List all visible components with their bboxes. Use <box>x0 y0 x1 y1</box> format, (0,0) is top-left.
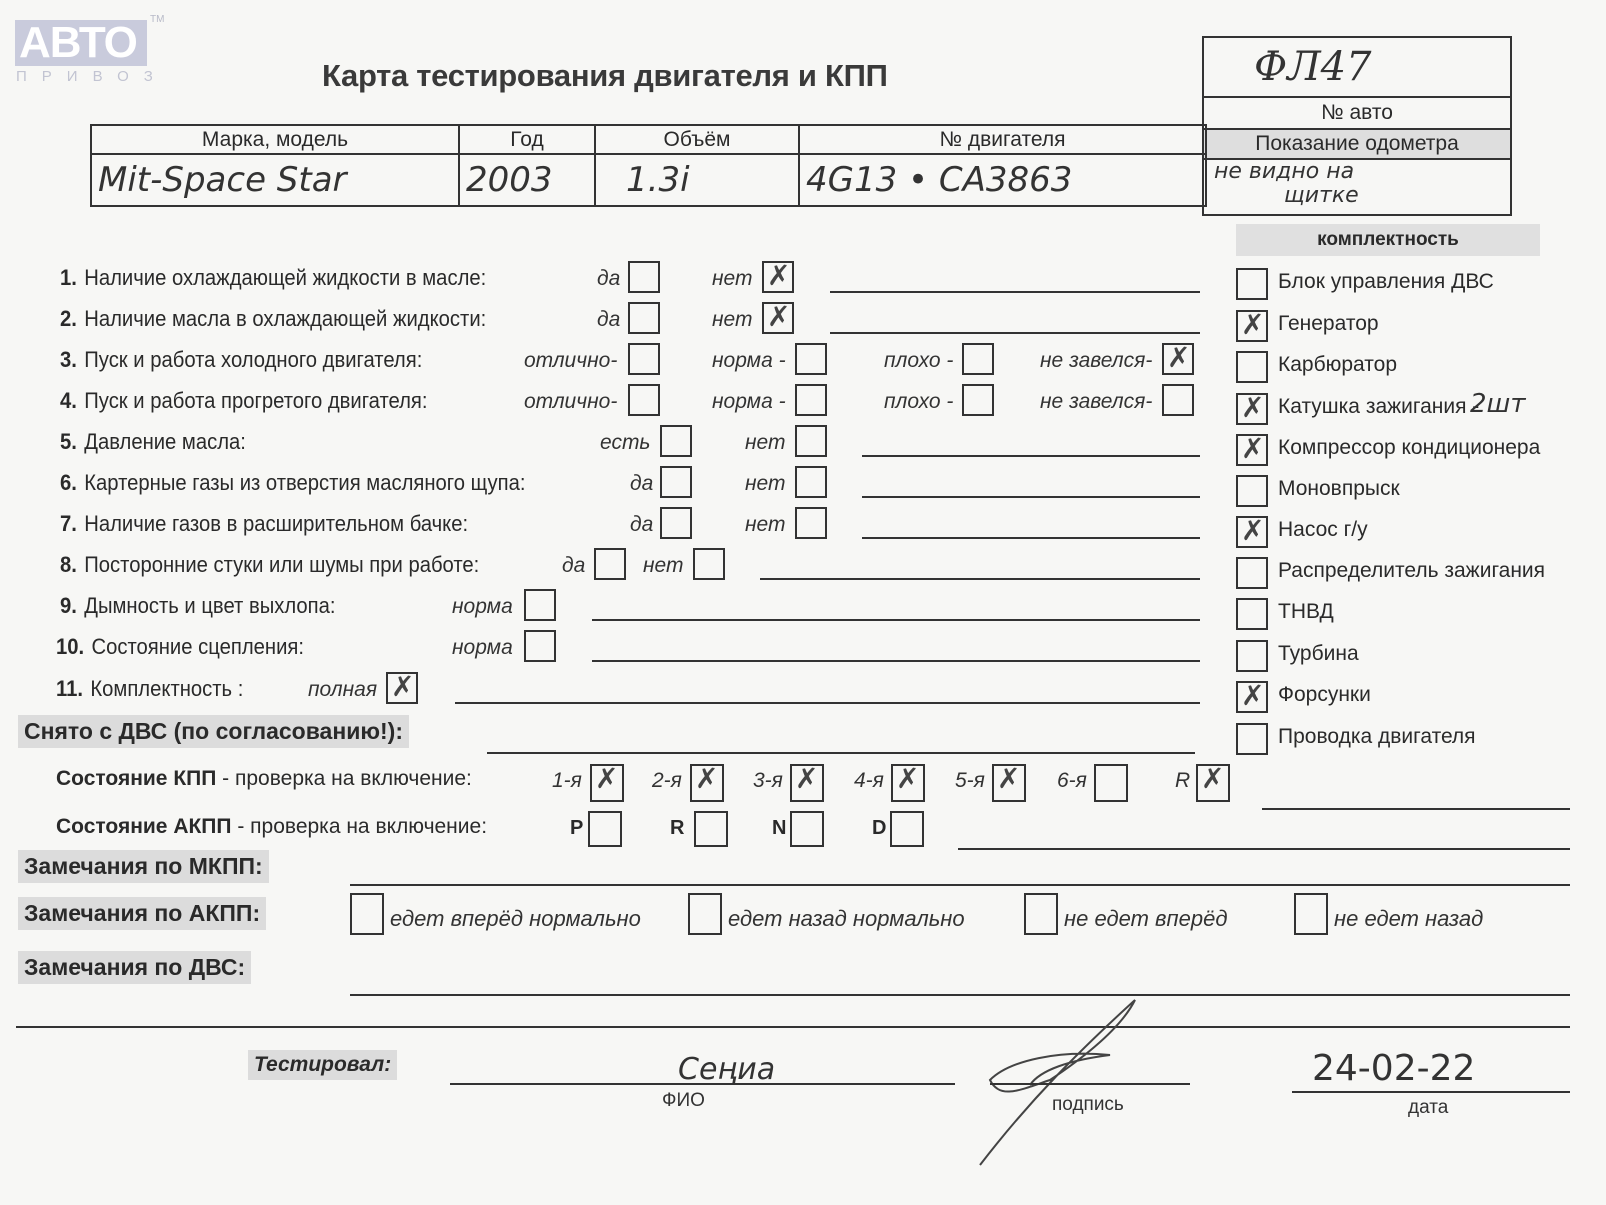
odometer-value-line2: щитке <box>1214 184 1510 208</box>
option-label: да <box>597 267 620 291</box>
gear-label: 2-я <box>652 769 682 793</box>
option-label: норма <box>452 636 513 660</box>
option-label: полная <box>308 678 377 702</box>
option-checkbox[interactable] <box>660 507 692 539</box>
akpp-remark-label: едет вперёд нормально <box>390 906 641 932</box>
option-checkbox[interactable] <box>762 261 794 293</box>
question-text: Комплектность : <box>90 676 243 701</box>
akpp-mode-checkbox[interactable] <box>694 811 728 847</box>
question-notes-line[interactable] <box>592 619 1200 621</box>
kpp-label-rest: - проверка на включение: <box>216 767 472 790</box>
kpp-label: Состояние КПП - проверка на включение: <box>56 767 472 791</box>
option-label: нет <box>712 308 753 332</box>
akpp-remark-label: едет назад нормально <box>728 906 965 932</box>
option-label: не завелся- <box>1040 349 1152 373</box>
option-checkbox[interactable] <box>524 589 556 621</box>
question-notes-line[interactable] <box>862 455 1200 457</box>
option-label: да <box>597 308 620 332</box>
odometer-value[interactable]: не видно на щитке <box>1204 160 1510 214</box>
gear-checkbox[interactable] <box>1196 764 1230 802</box>
question-number: 5. <box>60 429 77 454</box>
question: 4.Пуск и работа прогретого двигателя: <box>60 388 428 414</box>
akpp-remark-label: не едет вперёд <box>1064 906 1228 932</box>
question-text: Дымность и цвет выхлопа: <box>84 593 335 618</box>
completeness-item-label: Моновпрыск <box>1278 477 1400 501</box>
question-notes-line[interactable] <box>862 496 1200 498</box>
completeness-checkbox[interactable] <box>1236 434 1268 466</box>
auto-number-label: № авто <box>1204 98 1510 130</box>
option-label: нет <box>745 513 786 537</box>
gear-checkbox[interactable] <box>690 764 724 802</box>
option-label: плохо - <box>884 349 953 373</box>
question-text: Пуск и работа холодного двигателя: <box>84 347 422 372</box>
question-notes-line[interactable] <box>830 332 1200 334</box>
gear-checkbox[interactable] <box>891 764 925 802</box>
option-label: норма - <box>712 390 786 414</box>
gear-checkbox[interactable] <box>590 764 624 802</box>
option-label: да <box>562 554 585 578</box>
gear-checkbox[interactable] <box>790 764 824 802</box>
akpp-mode-label: P <box>570 817 583 840</box>
option-checkbox[interactable] <box>660 425 692 457</box>
completeness-item-label: Проводка двигателя <box>1278 725 1476 749</box>
akpp-notes-line[interactable] <box>958 848 1570 850</box>
vehicle-info-table: Марка, модель Год Объём № двигателя Mit-… <box>90 124 1207 207</box>
option-checkbox[interactable] <box>795 425 827 457</box>
odometer-label: Показание одометра <box>1204 130 1510 160</box>
option-label: нет <box>712 267 753 291</box>
akpp-mode-label: D <box>872 817 886 840</box>
dvs-remarks-label: Замечания по ДВС: <box>18 951 251 984</box>
gear-label: 4-я <box>854 769 884 793</box>
completeness-item-label: Турбина <box>1278 642 1359 666</box>
date-caption: дата <box>1408 1097 1448 1119</box>
mkpp-remarks-label: Замечания по МКПП: <box>18 850 269 883</box>
question: 2.Наличие масла в охлаждающей жидкости: <box>60 306 486 332</box>
option-checkbox[interactable] <box>594 548 626 580</box>
question-notes-line[interactable] <box>592 660 1200 662</box>
extra-remarks-line[interactable] <box>16 1026 1570 1028</box>
name-caption: ФИО <box>662 1090 705 1112</box>
completeness-checkbox[interactable] <box>1236 351 1268 383</box>
option-checkbox[interactable] <box>762 302 794 334</box>
option-label: нет <box>745 431 786 455</box>
option-checkbox[interactable] <box>1162 384 1194 416</box>
question-notes-line[interactable] <box>760 578 1200 580</box>
option-checkbox[interactable] <box>628 302 660 334</box>
completeness-item-label: Распределитель зажигания <box>1278 559 1545 583</box>
option-checkbox[interactable] <box>628 261 660 293</box>
option-label: есть <box>600 431 650 455</box>
completeness-item-label: Карбюратор <box>1278 353 1397 377</box>
question-text: Пуск и работа прогретого двигателя: <box>84 388 427 413</box>
dvs-remarks-line[interactable] <box>350 994 1570 996</box>
completeness-checkbox[interactable] <box>1236 310 1268 342</box>
question-number: 6. <box>60 470 77 495</box>
question: 5.Давление масла: <box>60 429 246 455</box>
completeness-checkbox[interactable] <box>1236 516 1268 548</box>
question: 7.Наличие газов в расширительном бачке: <box>60 511 468 537</box>
completeness-item-label: Блок управления ДВС <box>1278 270 1494 294</box>
model-value[interactable]: Mit-Space Star <box>91 154 459 206</box>
option-checkbox[interactable] <box>962 384 994 416</box>
option-checkbox[interactable] <box>660 466 692 498</box>
option-label: не завелся- <box>1040 390 1152 414</box>
question-text: Наличие охлаждающей жидкости в масле: <box>84 265 486 290</box>
removed-line[interactable] <box>487 752 1195 754</box>
question-number: 9. <box>60 593 77 618</box>
question-text: Состояние сцепления: <box>92 634 304 659</box>
completeness-item-label: Генератор <box>1278 312 1379 336</box>
completeness-item-label: Катушка зажигания - <box>1278 395 1479 419</box>
question-notes-line[interactable] <box>455 702 1200 704</box>
akpp-remark-checkbox[interactable] <box>1024 893 1058 935</box>
logo-subtitle: ПРИВОЗ <box>16 68 168 85</box>
gear-checkbox[interactable] <box>1094 764 1128 802</box>
question-text: Картерные газы из отверстия масляного щу… <box>84 470 525 495</box>
logo-trademark: TM <box>150 14 164 25</box>
removed-label: Снято с ДВС (по согласованию!): <box>18 715 409 748</box>
completeness-title: комплектность <box>1236 224 1540 256</box>
option-checkbox[interactable] <box>795 343 827 375</box>
volume-value[interactable]: 1.3i <box>595 154 799 206</box>
akpp-mode-checkbox[interactable] <box>890 811 924 847</box>
option-label: нет <box>745 472 786 496</box>
question-text: Давление масла: <box>84 429 246 454</box>
akpp-label-rest: - проверка на включение: <box>232 815 488 838</box>
question-number: 1. <box>60 265 77 290</box>
kpp-label-bold: Состояние КПП <box>56 767 216 790</box>
column-header-engine-number: № двигателя <box>799 125 1206 154</box>
question: 1.Наличие охлаждающей жидкости в масле: <box>60 265 486 291</box>
option-label: отлично- <box>524 390 617 414</box>
option-checkbox[interactable] <box>693 548 725 580</box>
date-line <box>1292 1091 1570 1093</box>
question-number: 3. <box>60 347 77 372</box>
option-checkbox[interactable] <box>628 384 660 416</box>
question: 6.Картерные газы из отверстия масляного … <box>60 470 525 496</box>
gear-label: 5-я <box>955 769 985 793</box>
question-number: 10. <box>56 634 84 659</box>
question: 9.Дымность и цвет выхлопа: <box>60 593 335 619</box>
option-checkbox[interactable] <box>1162 343 1194 375</box>
question-number: 7. <box>60 511 77 536</box>
column-header-year: Год <box>459 125 595 154</box>
option-checkbox[interactable] <box>524 630 556 662</box>
akpp-remarks-label: Замечания по АКПП: <box>18 897 266 930</box>
option-checkbox[interactable] <box>962 343 994 375</box>
gear-label: 6-я <box>1057 769 1087 793</box>
question: 11.Комплектность : <box>56 676 243 702</box>
question: 8.Посторонние стуки или шумы при работе: <box>60 552 479 578</box>
tester-name-value[interactable]: Сеңиа <box>678 1052 775 1087</box>
option-label: плохо - <box>884 390 953 414</box>
akpp-remark-checkbox[interactable] <box>688 893 722 935</box>
gear-label: 3-я <box>753 769 783 793</box>
akpp-remark-label: не едет назад <box>1334 906 1483 932</box>
option-checkbox[interactable] <box>628 343 660 375</box>
option-label: отлично- <box>524 349 617 373</box>
completeness-checkbox[interactable] <box>1236 640 1268 672</box>
completeness-checkbox[interactable] <box>1236 268 1268 300</box>
logo: АВТО <box>15 20 147 66</box>
question-text: Наличие газов в расширительном бачке: <box>84 511 468 536</box>
akpp-mode-checkbox[interactable] <box>588 811 622 847</box>
question: 3.Пуск и работа холодного двигателя: <box>60 347 422 373</box>
option-checkbox[interactable] <box>795 466 827 498</box>
option-checkbox[interactable] <box>795 507 827 539</box>
akpp-mode-checkbox[interactable] <box>790 811 824 847</box>
option-label: норма - <box>712 349 786 373</box>
tester-name-line <box>450 1083 955 1085</box>
completeness-item-label: Компрессор кондиционера <box>1278 436 1540 460</box>
date-value[interactable]: 24-02-22 <box>1312 1048 1475 1089</box>
question-number: 4. <box>60 388 77 413</box>
odometer-value-line1: не видно на <box>1214 160 1510 184</box>
gear-label: 1-я <box>552 769 582 793</box>
option-checkbox[interactable] <box>386 672 418 704</box>
completeness-checkbox[interactable] <box>1236 681 1268 713</box>
question-number: 11. <box>56 676 83 701</box>
completeness-item-note: 2шт <box>1470 389 1525 419</box>
akpp-mode-label: R <box>670 817 684 840</box>
question-notes-line[interactable] <box>862 537 1200 539</box>
completeness-checkbox[interactable] <box>1236 557 1268 589</box>
question-text: Посторонние стуки или шумы при работе: <box>84 552 479 577</box>
completeness-item-label: Форсунки <box>1278 683 1371 707</box>
tested-by-label: Тестировал: <box>248 1050 397 1080</box>
engine-number-value[interactable]: 4G13 • CA3863 <box>799 154 1206 206</box>
completeness-checkbox[interactable] <box>1236 723 1268 755</box>
completeness-checkbox[interactable] <box>1236 393 1268 425</box>
option-checkbox[interactable] <box>795 384 827 416</box>
kpp-notes-line[interactable] <box>1262 808 1570 810</box>
option-label: нет <box>643 554 684 578</box>
question: 10.Состояние сцепления: <box>56 634 304 660</box>
akpp-label: Состояние АКПП - проверка на включение: <box>56 815 487 839</box>
column-header-volume: Объём <box>595 125 799 154</box>
gear-label: R <box>1175 769 1190 793</box>
question-text: Наличие масла в охлаждающей жидкости: <box>84 306 486 331</box>
completeness-checkbox[interactable] <box>1236 598 1268 630</box>
auto-number-value[interactable]: ФЛ47 <box>1204 38 1510 98</box>
mkpp-remarks-line[interactable] <box>350 884 1570 886</box>
signature[interactable] <box>970 990 1170 1170</box>
akpp-remark-checkbox[interactable] <box>1294 893 1328 935</box>
signature-line <box>990 1083 1190 1085</box>
auto-number-box: ФЛ47 № авто Показание одометра не видно … <box>1202 36 1512 216</box>
option-label: да <box>630 513 653 537</box>
akpp-label-bold: Состояние АКПП <box>56 815 232 838</box>
signature-caption: подпись <box>1052 1094 1124 1116</box>
completeness-item-label: ТНВД <box>1278 600 1334 624</box>
page-title: Карта тестирования двигателя и КПП <box>322 58 888 94</box>
akpp-remark-checkbox[interactable] <box>350 893 384 935</box>
question-number: 2. <box>60 306 77 331</box>
year-value[interactable]: 2003 <box>459 154 595 206</box>
completeness-item-label: Насос г/у <box>1278 518 1368 542</box>
akpp-mode-label: N <box>772 817 786 840</box>
question-notes-line[interactable] <box>830 291 1200 293</box>
option-label: норма <box>452 595 513 619</box>
completeness-checkbox[interactable] <box>1236 475 1268 507</box>
column-header-model: Марка, модель <box>91 125 459 154</box>
gear-checkbox[interactable] <box>992 764 1026 802</box>
option-label: да <box>630 472 653 496</box>
question-number: 8. <box>60 552 77 577</box>
